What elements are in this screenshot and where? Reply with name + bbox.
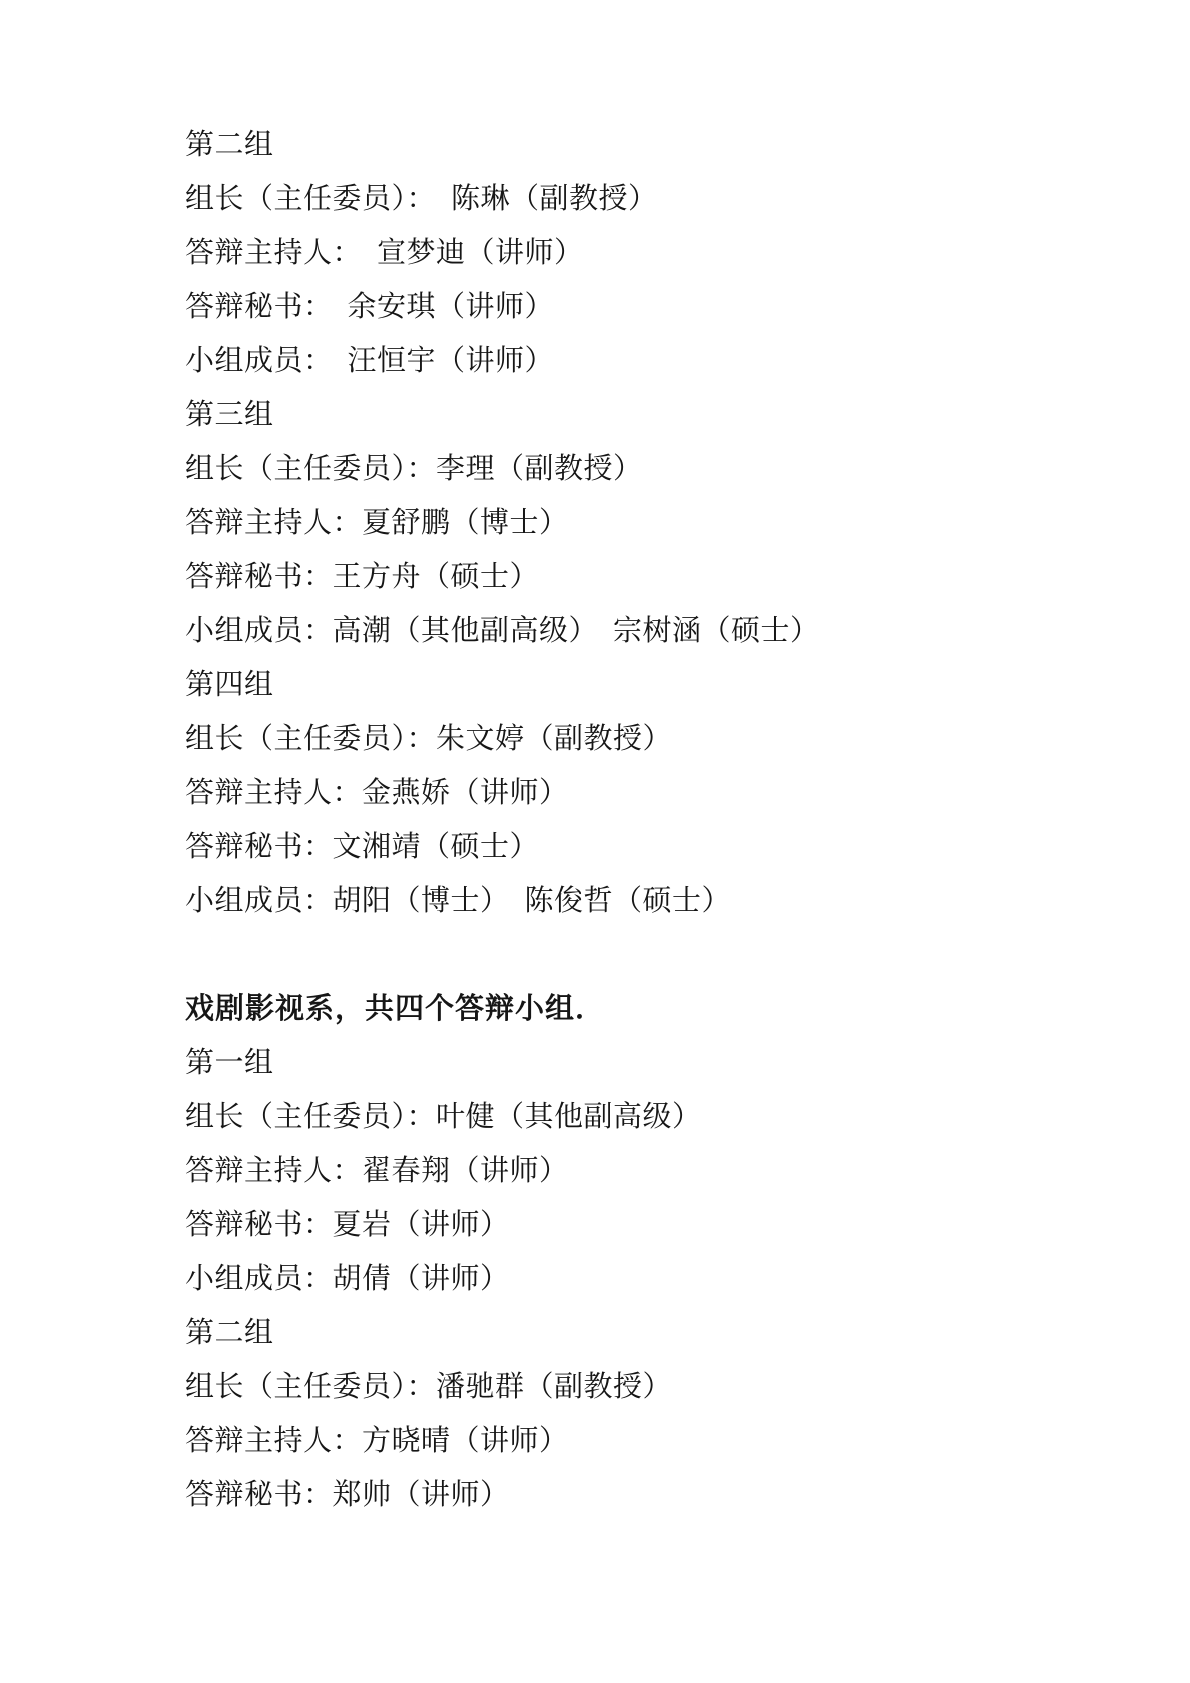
group-members-line: 小组成员： 汪恒宇（讲师） (185, 334, 1070, 388)
group-members-line: 小组成员：胡阳（博士） 陈俊哲（硕士） (185, 874, 1070, 928)
defense-secretary-line: 答辩秘书： 余安琪（讲师） (185, 280, 1070, 334)
defense-host-line: 答辩主持人：方晓晴（讲师） (185, 1414, 1070, 1468)
group-leader-line: 组长（主任委员）：朱文婷（副教授） (185, 712, 1070, 766)
defense-secretary-line: 答辩秘书：夏岩（讲师） (185, 1198, 1070, 1252)
group-leader-line: 组长（主任委员）： 陈琳（副教授） (185, 172, 1070, 226)
defense-secretary-line: 答辩秘书：郑帅（讲师） (185, 1468, 1070, 1522)
group-leader-line: 组长（主任委员）：李理（副教授） (185, 442, 1070, 496)
group-title: 第二组 (185, 118, 1070, 172)
group-members-line: 小组成员：胡倩（讲师） (185, 1252, 1070, 1306)
defense-host-line: 答辩主持人：翟春翔（讲师） (185, 1144, 1070, 1198)
group-leader-line: 组长（主任委员）：叶健（其他副高级） (185, 1090, 1070, 1144)
defense-host-line: 答辩主持人：金燕娇（讲师） (185, 766, 1070, 820)
group-members-line: 小组成员：高潮（其他副高级） 宗树涵（硕士） (185, 604, 1070, 658)
group-title: 第四组 (185, 658, 1070, 712)
group-title: 第二组 (185, 1306, 1070, 1360)
group-title: 第三组 (185, 388, 1070, 442)
defense-host-line: 答辩主持人： 宣梦迪（讲师） (185, 226, 1070, 280)
group-title: 第一组 (185, 1036, 1070, 1090)
group-leader-line: 组长（主任委员）：潘驰群（副教授） (185, 1360, 1070, 1414)
section-heading: 戏剧影视系，共四个答辩小组． (185, 982, 1070, 1036)
defense-secretary-line: 答辩秘书：王方舟（硕士） (185, 550, 1070, 604)
blank-line (185, 928, 1070, 982)
defense-secretary-line: 答辩秘书：文湘靖（硕士） (185, 820, 1070, 874)
defense-host-line: 答辩主持人：夏舒鹏（博士） (185, 496, 1070, 550)
document-page: 第二组 组长（主任委员）： 陈琳（副教授） 答辩主持人： 宣梦迪（讲师） 答辩秘… (0, 0, 1190, 1683)
